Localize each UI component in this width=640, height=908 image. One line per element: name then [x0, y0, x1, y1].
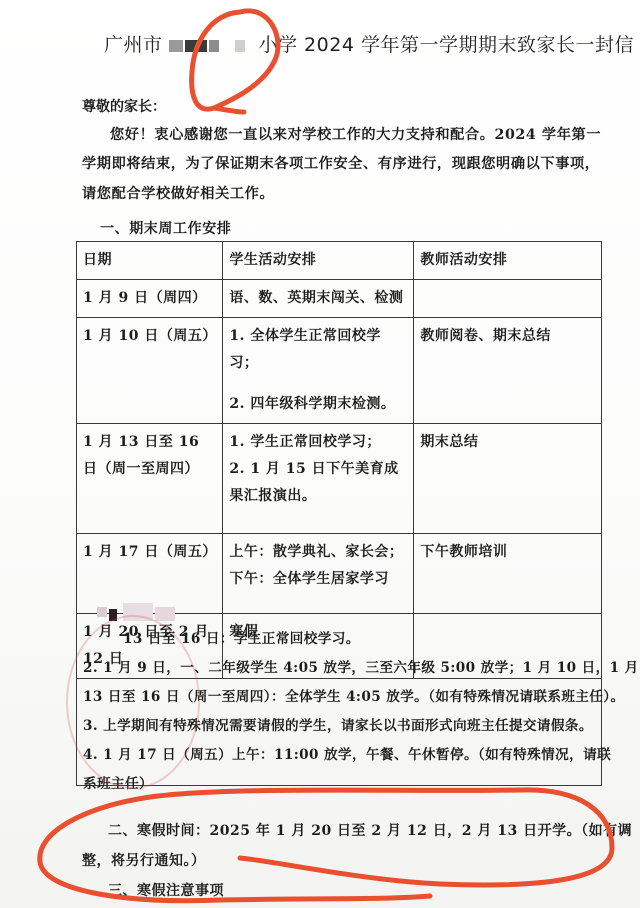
cell-teacher: 教师阅卷、期末总结 — [414, 318, 602, 424]
title-suffix: 小学 2024 学年第一学期期末致家长一封信 — [259, 34, 634, 56]
table-row: 1 月 9 日（周四） 语、数、英期末闯关、检测 — [77, 280, 602, 318]
note-line-5: 4. 1 月 17 日（周五）上午：11:00 放学，午餐、午休暂停。（如有特殊… — [83, 741, 595, 770]
note-line-3: 13 日至 16 日（周一至周四）：全体学生 4:05 放学。（如有特殊情况请联… — [83, 683, 595, 712]
section1-heading: 一、期末周工作安排 — [100, 218, 231, 238]
table-row: 1 月 10 日（周五） 1. 全体学生正常回校学习； 2. 四年级科学期末检测… — [77, 318, 602, 424]
cell-date: 1 月 13 日至 16 日（周一至周四） — [77, 424, 223, 534]
redacted-mosaic — [83, 597, 595, 625]
intro-line-2: 学期即将结束，为了保证期末各项工作安全、有序进行，现跟您明确以下事项， — [82, 150, 622, 179]
table-header-row: 日期 学生活动安排 教师活动安排 — [77, 242, 602, 280]
student-item: 2. 1 月 15 日下午美育成果汇报演出。 — [229, 456, 407, 510]
intro-line-3: 请您配合学校做好相关工作。 — [82, 180, 622, 209]
title-circle-annotation — [192, 11, 278, 112]
section3-heading: 三、寒假注意事项 — [108, 880, 224, 900]
cell-date: 1 月 10 日（周五） — [77, 318, 223, 424]
student-item: 1. 全体学生正常回校学习； — [229, 323, 407, 377]
student-item: 2. 四年级科学期末检测。 — [229, 391, 407, 418]
student-item: 上午：散学典礼、家长会； — [229, 539, 407, 566]
cell-student: 语、数、英期末闯关、检测 — [223, 280, 414, 318]
cell-teacher: 期末总结 — [414, 424, 602, 534]
section2-line-2: 整，将另行通知。） — [82, 850, 206, 870]
header-date: 日期 — [77, 242, 223, 280]
note-line-1: 13 日至 16 日：学生正常回校学习。 — [83, 625, 595, 654]
greeting: 尊敬的家长： — [82, 96, 166, 116]
cell-student: 1. 学生正常回校学习； 2. 1 月 15 日下午美育成果汇报演出。 — [223, 424, 414, 534]
notes-box: 13 日至 16 日：学生正常回校学习。 2. 1 月 9 日，一、二年级学生 … — [76, 597, 602, 786]
document-page: 广州市 小学 2024 学年第一学期期末致家长一封信 尊敬的家长： 您好！衷心感… — [0, 0, 640, 908]
cell-teacher — [414, 280, 602, 318]
title-prefix: 广州市 — [104, 34, 163, 56]
cell-date: 1 月 9 日（周四） — [77, 280, 223, 318]
header-student: 学生活动安排 — [223, 242, 414, 280]
student-item: 1. 学生正常回校学习； — [229, 429, 407, 456]
note-line-4: 3. 上学期间有特殊情况需要请假的学生，请家长以书面形式向班主任提交请假条。 — [83, 712, 595, 741]
table-row: 1 月 13 日至 16 日（周一至周四） 1. 学生正常回校学习； 2. 1 … — [77, 424, 602, 534]
cell-student: 1. 全体学生正常回校学习； 2. 四年级科学期末检测。 — [223, 318, 414, 424]
section2-line-1: 二、寒假时间：2025 年 1 月 20 日至 2 月 12 日，2 月 13 … — [108, 820, 632, 840]
intro-line-1: 您好！衷心感谢您一直以来对学校工作的大力支持和配合。2024 学年第一 — [82, 121, 622, 150]
document-title: 广州市 小学 2024 学年第一学期期末致家长一封信 — [104, 30, 624, 57]
note-line-6: 系班主任） — [83, 770, 595, 799]
student-item: 下午：全体学生居家学习 — [229, 566, 407, 593]
header-teacher: 教师活动安排 — [414, 242, 602, 280]
note-line-2: 2. 1 月 9 日，一、二年级学生 4:05 放学，三至六年级 5:00 放学… — [83, 654, 595, 683]
redacted-school-name — [165, 38, 257, 54]
